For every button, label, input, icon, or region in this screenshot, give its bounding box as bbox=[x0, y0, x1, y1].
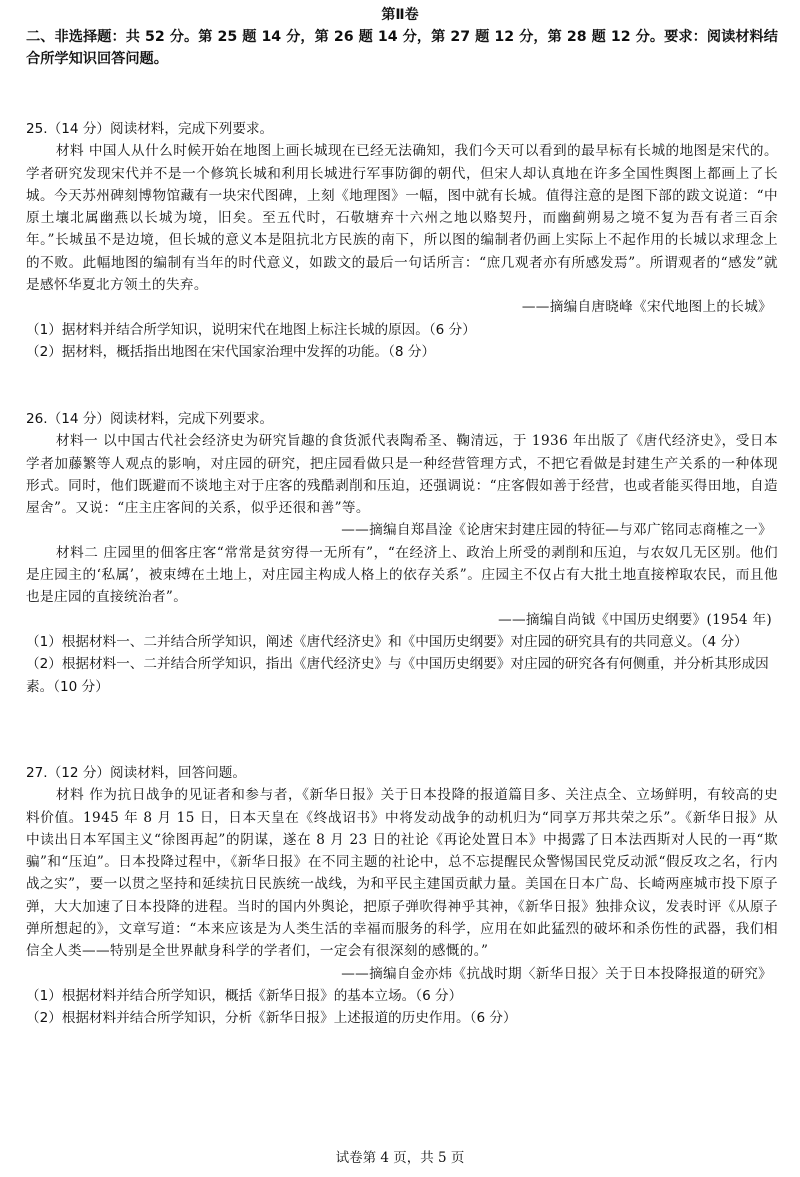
material-text: 材料 作为抗日战争的见证者和参与者，《新华日报》关于日本投降的报道篇目多、关注点… bbox=[26, 784, 778, 962]
question-heading: 26.（14 分）阅读材料，完成下列要求。 bbox=[26, 408, 778, 430]
sub-question-2: （2）根据材料并结合所学知识，分析《新华日报》上述报道的历史作用。（6 分） bbox=[26, 1007, 778, 1029]
material-2-text: 材料二 庄园里的佃客庄客“常常是贫穷得一无所有”，“在经济上、政治上所受的剥削和… bbox=[26, 542, 778, 609]
material-source: ——摘编自唐晓峰《宋代地图上的长城》 bbox=[26, 296, 778, 318]
question-heading: 25.（14 分）阅读材料，完成下列要求。 bbox=[26, 118, 778, 140]
volume-title: 第Ⅱ卷 bbox=[0, 4, 800, 24]
question-25: 25.（14 分）阅读材料，完成下列要求。 材料 中国人从什么时候开始在地图上画… bbox=[26, 118, 778, 363]
material-1-source: ——摘编自郑昌淦《论唐宋封建庄园的特征—与邓广铭同志商榷之一》 bbox=[26, 519, 778, 541]
material-text: 材料 中国人从什么时候开始在地图上画长城现在已经无法确知，我们今天可以看到的最早… bbox=[26, 140, 778, 296]
sub-question-1: （1）根据材料一、二并结合所学知识，阐述《唐代经济史》和《中国历史纲要》对庄园的… bbox=[26, 631, 778, 653]
material-source: ——摘编自金亦炜《抗战时期〈新华日报〉关于日本投降报道的研究》 bbox=[26, 963, 778, 985]
sub-question-2: （2）据材料，概括指出地图在宋代国家治理中发挥的功能。（8 分） bbox=[26, 341, 778, 363]
sub-question-2: （2）根据材料一、二并结合所学知识，指出《唐代经济史》与《中国历史纲要》对庄园的… bbox=[26, 653, 778, 698]
material-2-source: ——摘编自尚钺《中国历史纲要》(1954 年) bbox=[26, 609, 778, 631]
question-27: 27.（12 分）阅读材料，回答问题。 材料 作为抗日战争的见证者和参与者，《新… bbox=[26, 762, 778, 1030]
material-1-text: 材料一 以中国古代社会经济史为研究旨趣的食货派代表陶希圣、鞠清远，于 1936 … bbox=[26, 430, 778, 519]
page-footer: 试卷第 4 页，共 5 页 bbox=[0, 1146, 800, 1166]
question-26: 26.（14 分）阅读材料，完成下列要求。 材料一 以中国古代社会经济史为研究旨… bbox=[26, 408, 778, 698]
question-heading: 27.（12 分）阅读材料，回答问题。 bbox=[26, 762, 778, 784]
sub-question-1: （1）根据材料并结合所学知识，概括《新华日报》的基本立场。（6 分） bbox=[26, 985, 778, 1007]
section-instruction: 二、非选择题：共 52 分。第 25 题 14 分，第 26 题 14 分，第 … bbox=[26, 26, 778, 70]
sub-question-1: （1）据材料并结合所学知识，说明宋代在地图上标注长城的原因。（6 分） bbox=[26, 319, 778, 341]
